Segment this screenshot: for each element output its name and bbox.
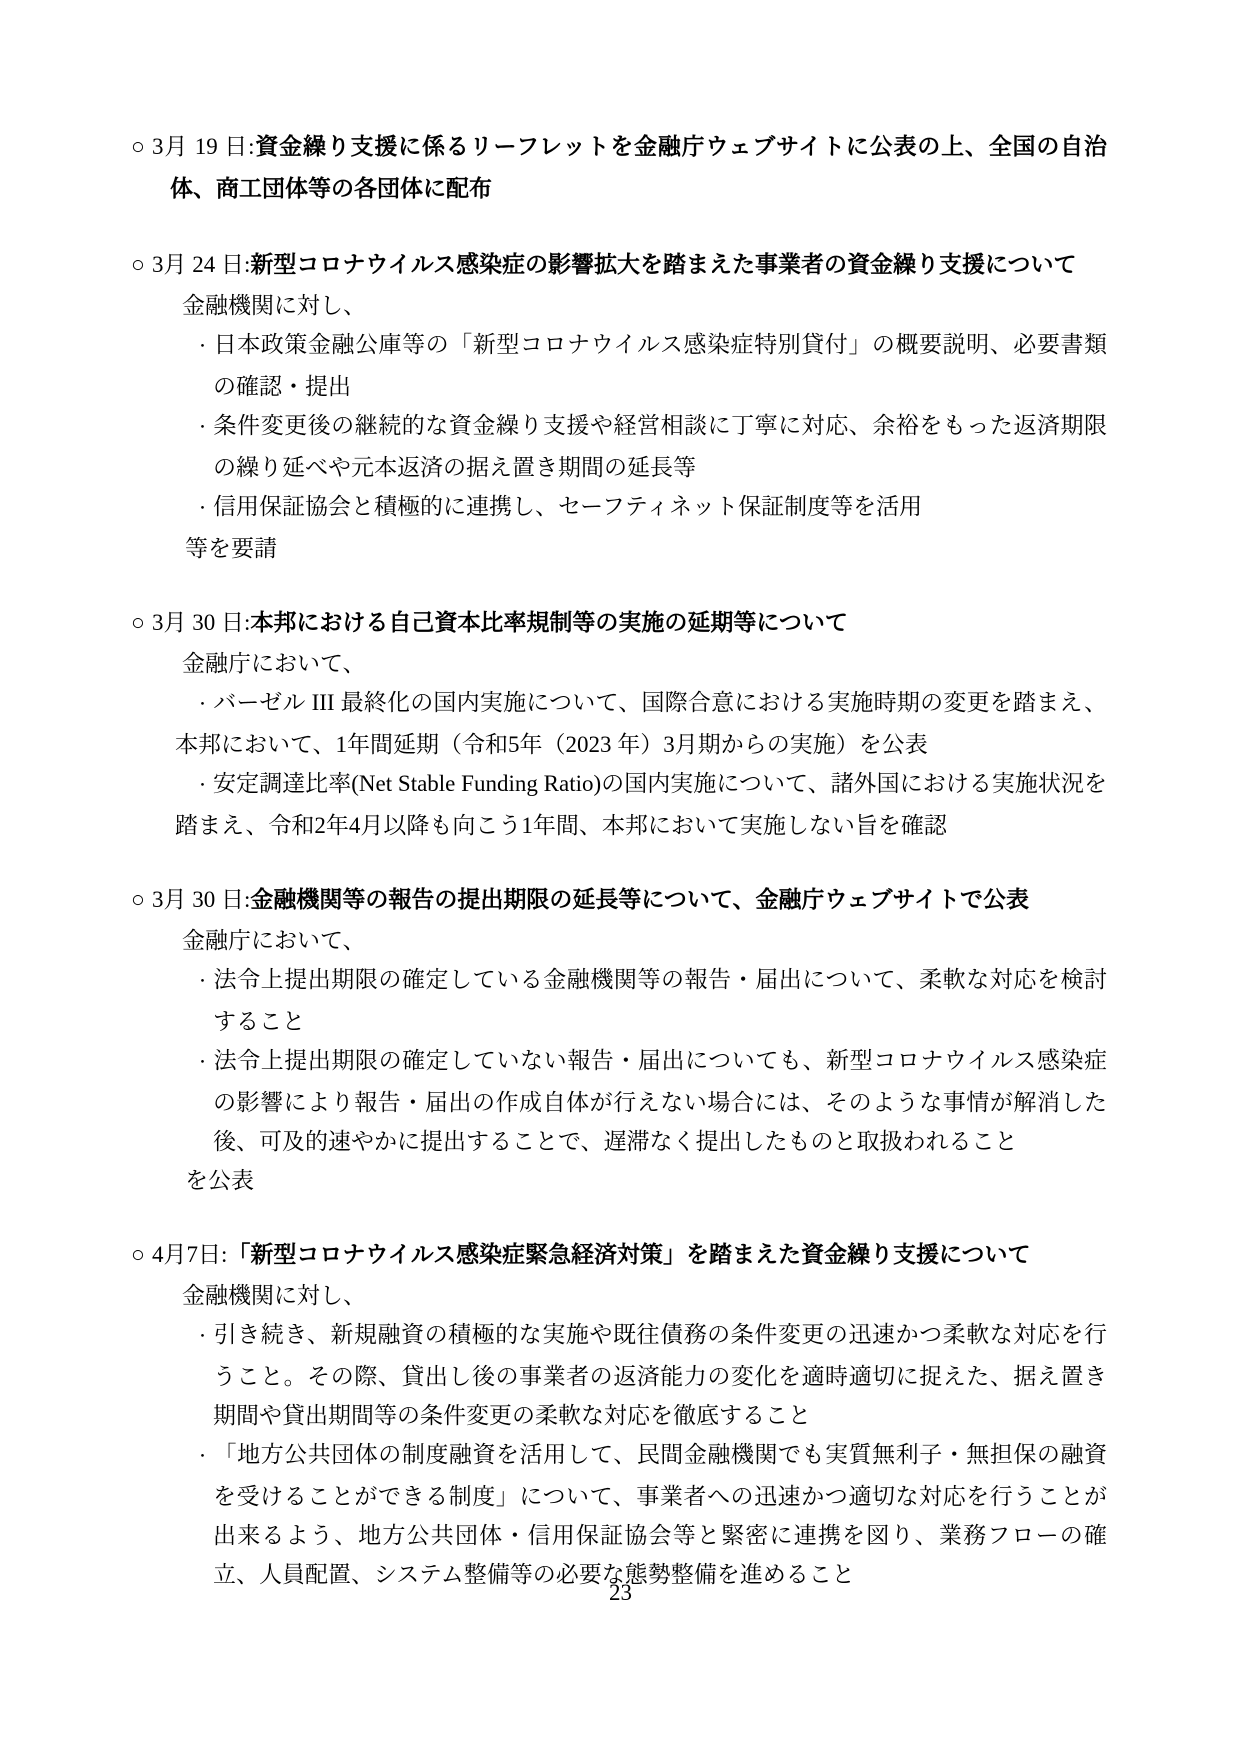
bullet-item: ・信用保証協会と積極的に連携し、セーフティネット保証制度等を活用 xyxy=(131,487,1107,529)
section-heading: ○4月7日:「新型コロナウイルス感染症緊急経済対策」を踏まえた資金繰り支援につい… xyxy=(131,1234,1107,1276)
section-intro: 金融機関に対し、 xyxy=(182,1276,1107,1315)
section-intro: 金融庁において、 xyxy=(182,921,1107,960)
section-intro: 金融機関に対し、 xyxy=(182,286,1107,325)
section-heading: ○3月 30 日:金融機関等の報告の提出期限の延長等について、金融庁ウェブサイト… xyxy=(131,879,1107,921)
circle-marker-icon: ○ xyxy=(131,244,152,286)
circle-marker-icon: ○ xyxy=(131,1234,152,1276)
bullet-marker-icon: ・ xyxy=(195,767,213,806)
section-mar19: ○3月 19 日:資金繰り支援に係るリーフレットを金融庁ウェブサイトに公表の上、… xyxy=(131,126,1107,210)
bullet-marker-icon: ・ xyxy=(195,409,213,448)
bullet-item: ・法令上提出期限の確定していない報告・届出についても、新型コロナウイルス感染症の… xyxy=(131,1041,1107,1161)
bullet-text: 安定調達比率(Net Stable Funding Ratio)の国内実施につい… xyxy=(175,771,1107,838)
heading-title: 金融機関等の報告の提出期限の延長等について、金融庁ウェブサイトで公表 xyxy=(250,887,1029,912)
bullet-text: 「地方公共団体の制度融資を活用して、民間金融機関でも実質無利子・無担保の融資を受… xyxy=(213,1442,1107,1587)
heading-title: 新型コロナウイルス感染症の影響拡大を踏まえた事業者の資金繰り支援について xyxy=(250,252,1076,277)
bullet-item: ・バーゼル III 最終化の国内実施について、国際合意における実施時期の変更を踏… xyxy=(131,683,1107,764)
section-intro: 金融庁において、 xyxy=(182,644,1107,683)
heading-date: 3月 19 日: xyxy=(152,134,254,159)
bullet-item: ・条件変更後の継続的な資金繰り支援や経営相談に丁寧に対応、余裕をもった返済期限の… xyxy=(131,406,1107,487)
heading-date: 3月 30 日: xyxy=(152,610,250,635)
circle-marker-icon: ○ xyxy=(131,879,152,921)
page-number: 23 xyxy=(0,1578,1241,1608)
bullet-item: ・法令上提出期限の確定している金融機関等の報告・届出について、柔軟な対応を検討す… xyxy=(131,960,1107,1041)
bullet-text: 信用保証協会と積極的に連携し、セーフティネット保証制度等を活用 xyxy=(213,494,922,519)
bullet-text: 日本政策金融公庫等の「新型コロナウイルス感染症特別貸付」の概要説明、必要書類の確… xyxy=(213,332,1107,399)
circle-marker-icon: ○ xyxy=(131,602,152,644)
bullet-marker-icon: ・ xyxy=(195,1318,213,1357)
section-apr7: ○4月7日:「新型コロナウイルス感染症緊急経済対策」を踏まえた資金繰り支援につい… xyxy=(131,1234,1107,1594)
circle-marker-icon: ○ xyxy=(131,126,152,168)
bullet-item: ・安定調達比率(Net Stable Funding Ratio)の国内実施につ… xyxy=(131,764,1107,845)
heading-date: 4月7日: xyxy=(152,1242,227,1267)
bullet-text: 引き続き、新規融資の積極的な実施や既往債務の条件変更の迅速かつ柔軟な対応を行うこ… xyxy=(213,1322,1107,1428)
section-mar30-capital: ○3月 30 日:本邦における自己資本比率規制等の実施の延期等について 金融庁に… xyxy=(131,602,1107,845)
document-page: ○3月 19 日:資金繰り支援に係るリーフレットを金融庁ウェブサイトに公表の上、… xyxy=(0,0,1241,1754)
heading-date: 3月 24 日: xyxy=(152,252,250,277)
bullet-marker-icon: ・ xyxy=(195,963,213,1002)
bullet-text: 条件変更後の継続的な資金繰り支援や経営相談に丁寧に対応、余裕をもった返済期限の繰… xyxy=(213,413,1107,480)
heading-title: 本邦における自己資本比率規制等の実施の延期等について xyxy=(250,610,848,635)
bullet-item: ・引き続き、新規融資の積極的な実施や既往債務の条件変更の迅速かつ柔軟な対応を行う… xyxy=(131,1315,1107,1435)
bullet-marker-icon: ・ xyxy=(195,490,213,529)
section-heading: ○3月 24 日:新型コロナウイルス感染症の影響拡大を踏まえた事業者の資金繰り支… xyxy=(131,244,1107,286)
document-content: ○3月 19 日:資金繰り支援に係るリーフレットを金融庁ウェブサイトに公表の上、… xyxy=(131,126,1107,1628)
bullet-marker-icon: ・ xyxy=(195,1044,213,1083)
section-heading: ○3月 30 日:本邦における自己資本比率規制等の実施の延期等について xyxy=(131,602,1107,644)
bullet-item: ・「地方公共団体の制度融資を活用して、民間金融機関でも実質無利子・無担保の融資を… xyxy=(131,1435,1107,1594)
bullet-text: 法令上提出期限の確定していない報告・届出についても、新型コロナウイルス感染症の影… xyxy=(213,1048,1107,1154)
bullet-marker-icon: ・ xyxy=(195,686,213,725)
section-outro: を公表 xyxy=(185,1161,1107,1200)
bullet-marker-icon: ・ xyxy=(195,328,213,367)
bullet-text: バーゼル III 最終化の国内実施について、国際合意における実施時期の変更を踏ま… xyxy=(175,690,1107,757)
section-mar24: ○3月 24 日:新型コロナウイルス感染症の影響拡大を踏まえた事業者の資金繰り支… xyxy=(131,244,1107,568)
bullet-text: 法令上提出期限の確定している金融機関等の報告・届出について、柔軟な対応を検討する… xyxy=(213,967,1107,1034)
section-heading: ○3月 19 日:資金繰り支援に係るリーフレットを金融庁ウェブサイトに公表の上、… xyxy=(131,126,1107,210)
section-outro: 等を要請 xyxy=(185,529,1107,568)
bullet-item: ・日本政策金融公庫等の「新型コロナウイルス感染症特別貸付」の概要説明、必要書類の… xyxy=(131,325,1107,406)
heading-title: 「新型コロナウイルス感染症緊急経済対策」を踏まえた資金繰り支援について xyxy=(227,1242,1030,1267)
heading-title: 資金繰り支援に係るリーフレットを金融庁ウェブサイトに公表の上、全国の自治体、商工… xyxy=(170,134,1107,201)
section-mar30-reports: ○3月 30 日:金融機関等の報告の提出期限の延長等について、金融庁ウェブサイト… xyxy=(131,879,1107,1200)
heading-date: 3月 30 日: xyxy=(152,887,250,912)
bullet-marker-icon: ・ xyxy=(195,1438,213,1477)
